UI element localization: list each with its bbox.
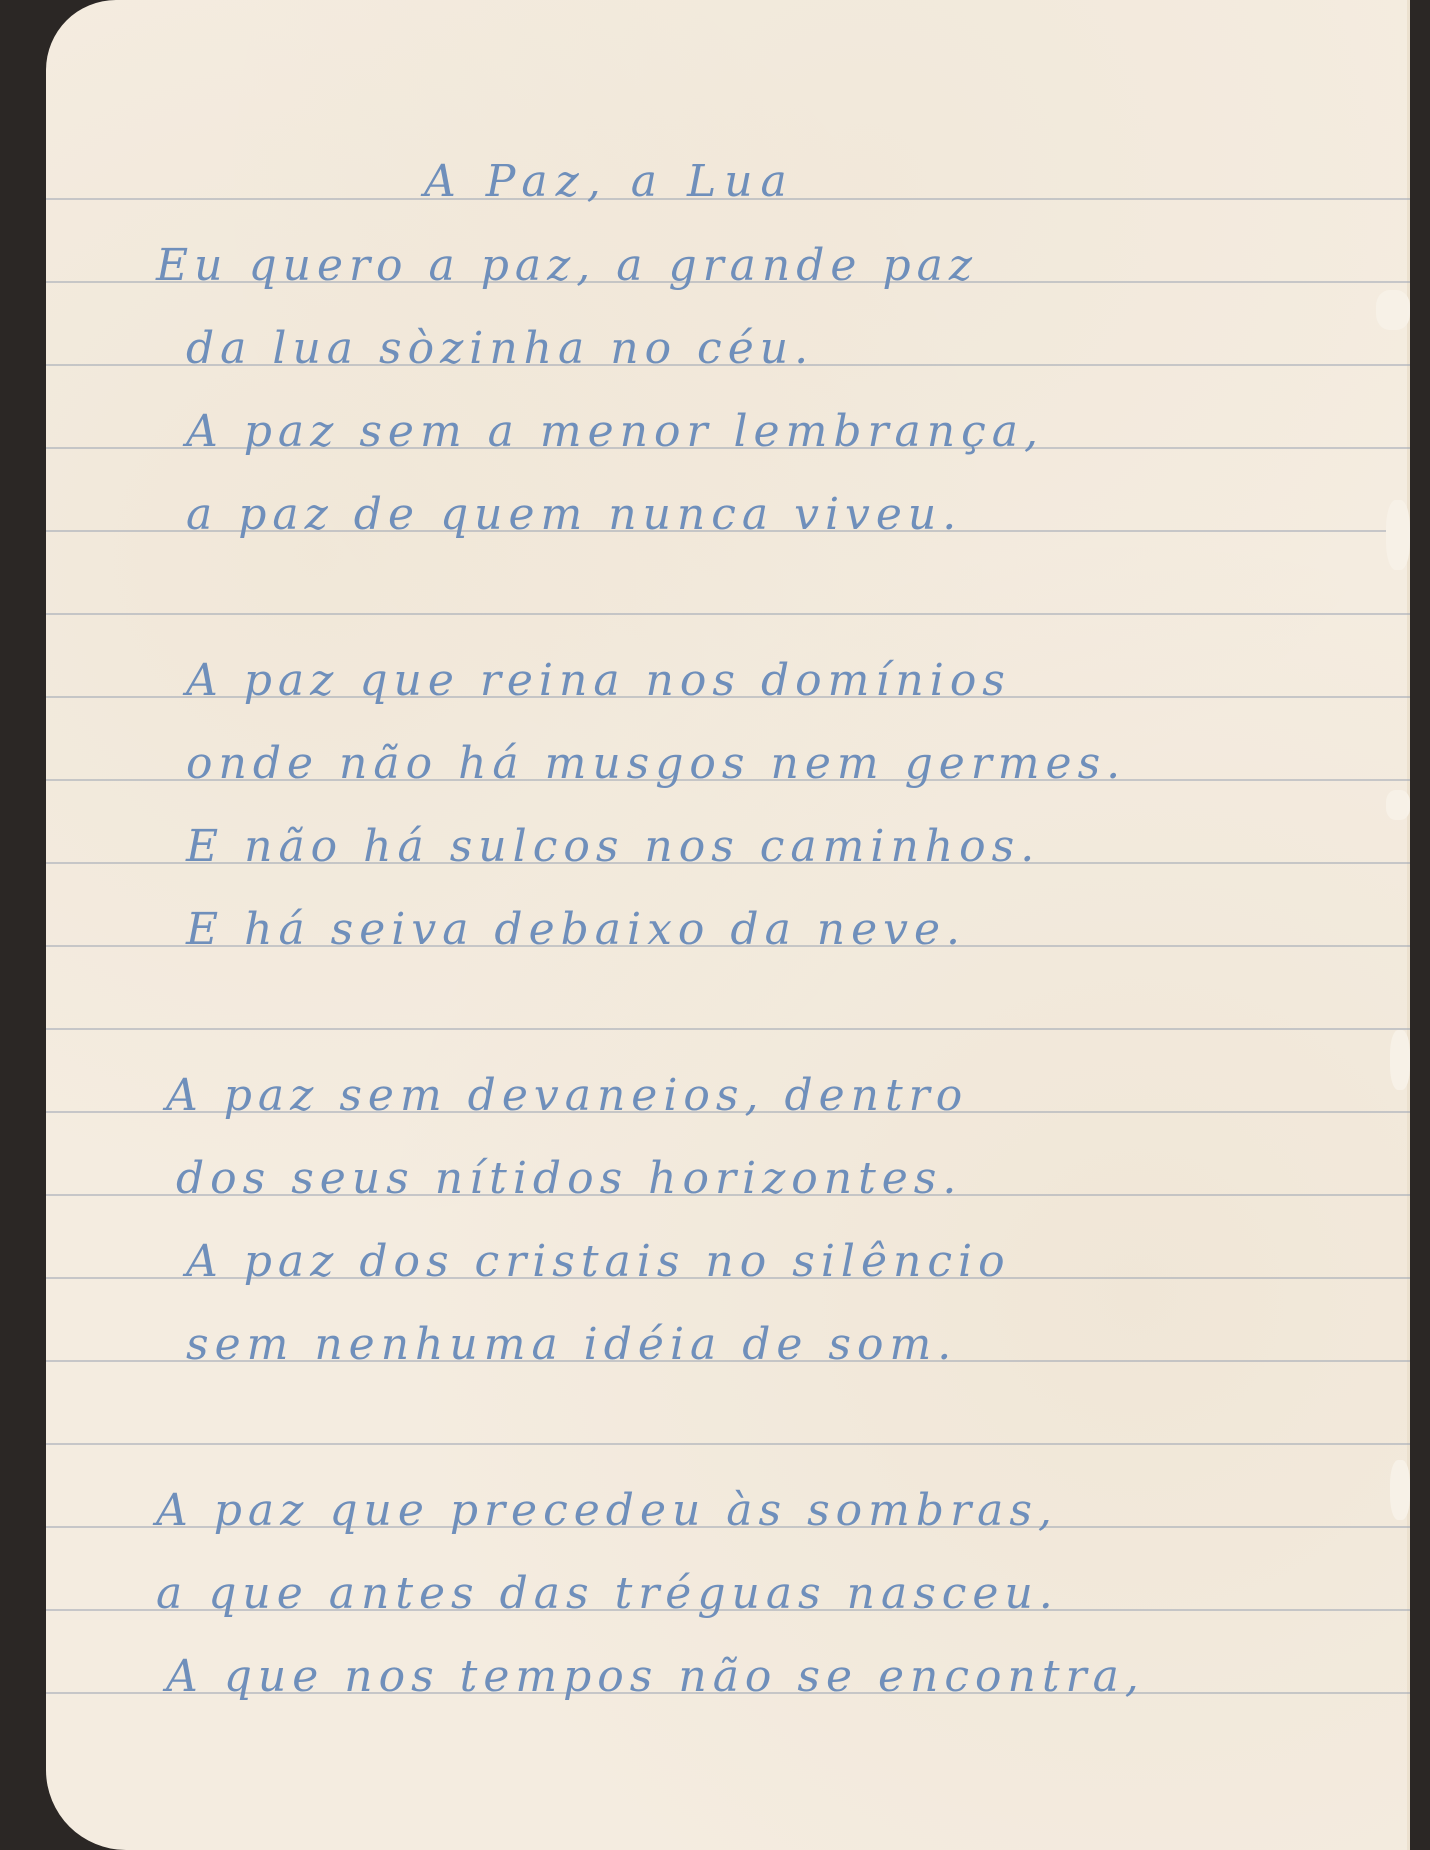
ruled-line [46, 1443, 1410, 1445]
poem-line: A que nos tempos não se encontra, [166, 1655, 1145, 1699]
scanned-manuscript: A Paz, a Lua Eu quero a paz, a grande pa… [0, 0, 1430, 1850]
poem-line: E há seiva debaixo da neve. [186, 908, 966, 952]
torn-edge [1386, 500, 1410, 570]
poem-line: Eu quero a paz, a grande paz [156, 244, 978, 288]
torn-edge [1386, 790, 1410, 820]
poem-line: a paz de quem nunca viveu. [186, 493, 962, 537]
poem-line: A paz sem a menor lembrança, [186, 410, 1044, 454]
poem-line: onde não há musgos nem germes. [186, 742, 1126, 786]
ruled-line [46, 1028, 1410, 1030]
poem-line: sem nenhuma idéia de som. [186, 1323, 957, 1367]
poem-line: dos seus nítidos horizontes. [176, 1157, 962, 1201]
poem-line: A paz dos cristais no silêncio [186, 1240, 1011, 1284]
torn-edge [1376, 290, 1410, 330]
poem-title: A Paz, a Lua [424, 160, 795, 204]
poem-line: a que antes das tréguas nasceu. [156, 1572, 1059, 1616]
ruled-line [46, 613, 1410, 615]
poem-line: da lua sòzinha no céu. [186, 327, 814, 371]
torn-edge [1390, 1030, 1410, 1090]
torn-edge [1390, 1460, 1410, 1520]
poem-line: A paz que precedeu às sombras, [156, 1489, 1058, 1533]
poem-line: A paz que reina nos domínios [186, 659, 1011, 703]
poem-line: A paz sem devaneios, dentro [166, 1074, 968, 1118]
notebook-page: A Paz, a Lua Eu quero a paz, a grande pa… [46, 0, 1410, 1850]
poem-line: E não há sulcos nos caminhos. [186, 825, 1040, 869]
